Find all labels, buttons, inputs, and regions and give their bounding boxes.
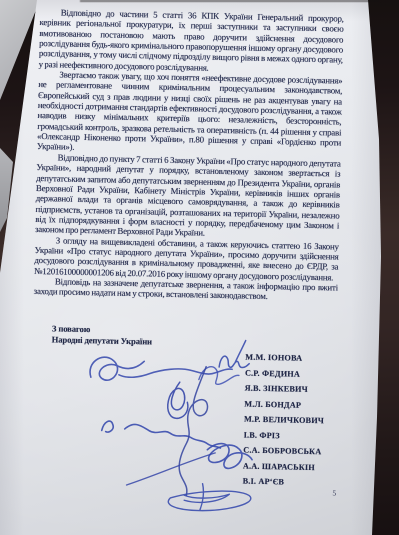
signature-stroke <box>219 340 250 368</box>
paper-top-edge-shadow <box>80 0 380 2</box>
signature-stroke <box>127 451 216 487</box>
signature-stroke <box>178 366 208 496</box>
body-paragraph: Відповідно до пункту 7 статті 6 Закону У… <box>35 152 341 241</box>
handwritten-signatures <box>84 331 348 529</box>
photo-background: Відповідно до частини 5 статті 36 КПК Ук… <box>0 0 399 535</box>
signature-stroke <box>207 443 253 469</box>
signature-stroke <box>90 357 232 383</box>
signature-stroke <box>168 483 251 512</box>
signature-stroke <box>167 382 188 419</box>
body-paragraph: Відповідно до частини 5 статті 36 КПК Ук… <box>39 7 344 76</box>
body-paragraph: З огляду на вищевикладені обставини, а т… <box>34 235 339 283</box>
body-paragraph: Звертаємо також увагу, що хоч поняття «н… <box>37 69 343 158</box>
page-number: 5 <box>332 488 336 497</box>
signature-stroke <box>101 421 221 448</box>
document-body: Відповідно до частини 5 статті 36 КПК Ук… <box>34 7 344 303</box>
document-content: Відповідно до частини 5 статті 36 КПК Ук… <box>28 4 343 535</box>
paper-sheet: Відповідно до частини 5 статті 36 КПК Ук… <box>0 0 399 535</box>
